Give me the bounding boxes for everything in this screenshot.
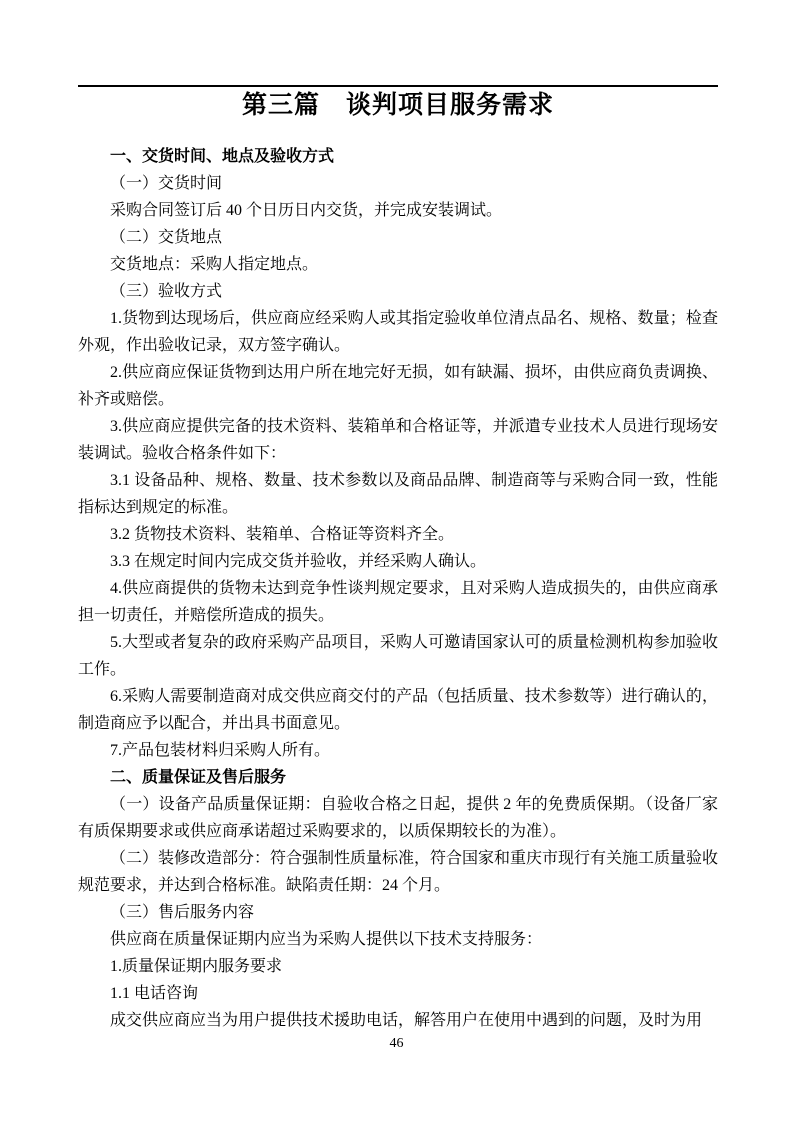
paragraph: 交货地点：采购人指定地点。 bbox=[78, 251, 718, 278]
paragraph: 3.2 货物技术资料、装箱单、合格证等资料齐全。 bbox=[78, 521, 718, 548]
paragraph: （一）设备产品质量保证期：自验收合格之日起，提供 2 年的免费质保期。（设备厂家… bbox=[78, 791, 718, 845]
paragraph: 3.3 在规定时间内完成交货并验收，并经采购人确认。 bbox=[78, 548, 718, 575]
page-number: 46 bbox=[0, 1034, 793, 1054]
paragraph: （三）验收方式 bbox=[78, 278, 718, 305]
paragraph: 7.产品包装材料归采购人所有。 bbox=[78, 737, 718, 764]
page-content: 第三篇 谈判项目服务需求 一、交货时间、地点及验收方式 （一）交货时间 采购合同… bbox=[78, 85, 718, 1034]
paragraph: 3.1 设备品种、规格、数量、技术参数以及商品品牌、制造商等与采购合同一致，性能… bbox=[78, 467, 718, 521]
header-rule bbox=[78, 85, 718, 87]
paragraph: 成交供应商应当为用户提供技术援助电话，解答用户在使用中遇到的问题，及时为用 bbox=[78, 1007, 718, 1034]
paragraph: 采购合同签订后 40 个日历日内交货，并完成安装调试。 bbox=[78, 197, 718, 224]
section-heading-delivery: 一、交货时间、地点及验收方式 bbox=[78, 143, 718, 170]
paragraph: 1.质量保证期内服务要求 bbox=[78, 953, 718, 980]
paragraph: 6.采购人需要制造商对成交供应商交付的产品（包括质量、技术参数等）进行确认的，制… bbox=[78, 683, 718, 737]
paragraph: 供应商在质量保证期内应当为采购人提供以下技术支持服务： bbox=[78, 926, 718, 953]
document-page: 第三篇 谈判项目服务需求 一、交货时间、地点及验收方式 （一）交货时间 采购合同… bbox=[0, 0, 793, 1122]
paragraph: 4.供应商提供的货物未达到竞争性谈判规定要求，且对采购人造成损失的，由供应商承担… bbox=[78, 575, 718, 629]
document-title: 第三篇 谈判项目服务需求 bbox=[78, 89, 718, 121]
section-heading-warranty: 二、质量保证及售后服务 bbox=[78, 764, 718, 791]
paragraph: （三）售后服务内容 bbox=[78, 899, 718, 926]
paragraph: 2.供应商应保证货物到达用户所在地完好无损，如有缺漏、损坏，由供应商负责调换、补… bbox=[78, 359, 718, 413]
paragraph: 1.货物到达现场后，供应商应经采购人或其指定验收单位清点品名、规格、数量；检查外… bbox=[78, 305, 718, 359]
paragraph: 1.1 电话咨询 bbox=[78, 980, 718, 1007]
paragraph: （二）交货地点 bbox=[78, 224, 718, 251]
paragraph: （二）装修改造部分：符合强制性质量标准，符合国家和重庆市现行有关施工质量验收规范… bbox=[78, 845, 718, 899]
paragraph: （一）交货时间 bbox=[78, 170, 718, 197]
paragraph: 3.供应商应提供完备的技术资料、装箱单和合格证等，并派遣专业技术人员进行现场安装… bbox=[78, 413, 718, 467]
paragraph: 5.大型或者复杂的政府采购产品项目，采购人可邀请国家认可的质量检测机构参加验收工… bbox=[78, 629, 718, 683]
